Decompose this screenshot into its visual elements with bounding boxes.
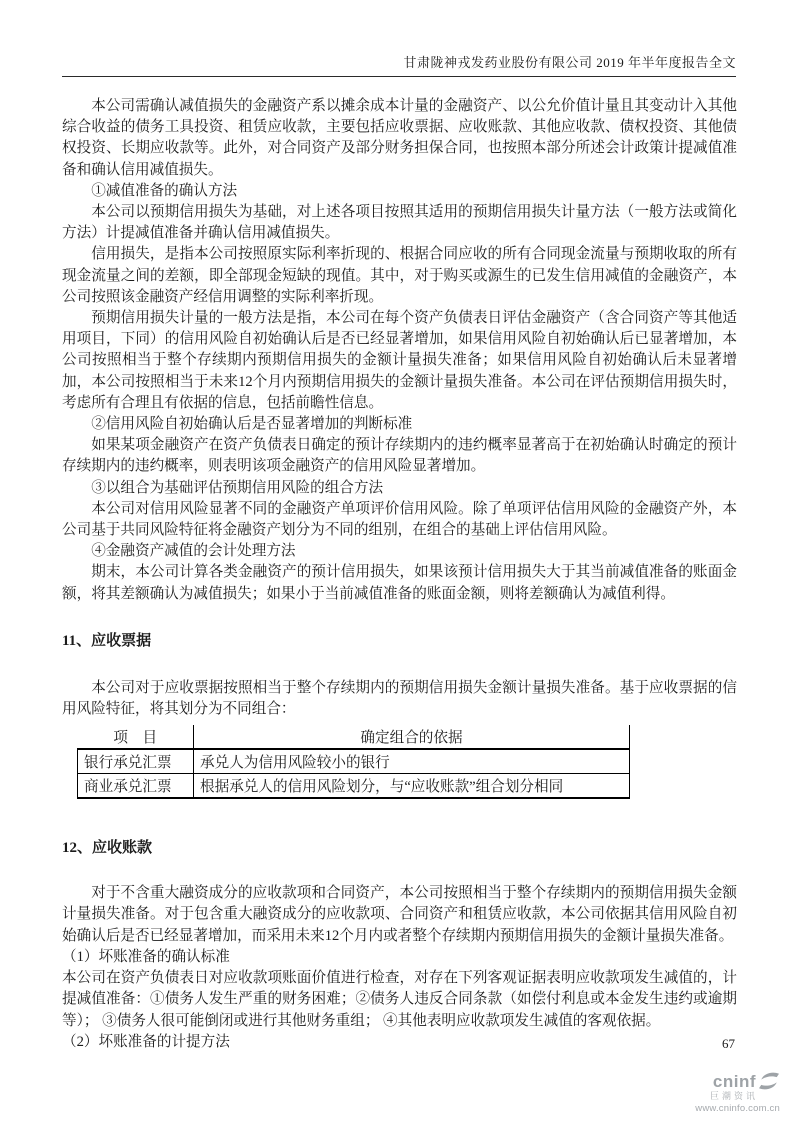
- table-row: 商业承兑汇票 根据承兑人的信用风险划分，与“应收账款”组合划分相同: [78, 774, 630, 799]
- document-body: 本公司需确认减值损失的金融资产系以摊余成本计量的金融资产、以公允价值计量且其变动…: [62, 96, 737, 1053]
- section-heading-notes-receivable: 11、应收票据: [62, 632, 737, 650]
- table-header-item: 项 目: [78, 725, 194, 749]
- subclause-heading: ②信用风险自初始确认后是否显著增加的判断标准: [62, 414, 737, 435]
- section-heading-accounts-receivable: 12、应收账款: [62, 839, 737, 857]
- cninfo-url: www.cninfo.com.cn: [695, 1104, 780, 1114]
- table-cell: 承兑人为信用风险较小的银行: [194, 749, 630, 774]
- table-row: 银行承兑汇票 承兑人为信用风险较小的银行: [78, 749, 630, 774]
- subclause-heading: ③以组合为基础评估预期信用风险的组合方法: [62, 478, 737, 499]
- table-header-row: 项 目 确定组合的依据: [78, 725, 630, 749]
- table-cell: 商业承兑汇票: [78, 774, 194, 799]
- paragraph: 本公司需确认减值损失的金融资产系以摊余成本计量的金融资产、以公允价值计量且其变动…: [62, 96, 737, 181]
- paragraph: 预期信用损失计量的一般方法是指，本公司在每个资产负债表日评估金融资产（含合同资产…: [62, 308, 737, 414]
- paragraph: 信用损失，是指本公司按照原实际利率折现的、根据合同应收的所有合同现金流量与预期收…: [62, 244, 737, 308]
- paragraph: 期末，本公司计算各类金融资产的预计信用损失，如果该预计信用损失大于其当前减值准备…: [62, 562, 737, 604]
- table-header-basis: 确定组合的依据: [194, 725, 630, 749]
- paragraph: 本公司对于应收票据按照相当于整个存续期内的预期信用损失金额计量损失准备。基于应收…: [62, 678, 737, 720]
- cninfo-brand-row: cninf: [695, 1071, 780, 1091]
- cninfo-brand-text: cninf: [713, 1073, 756, 1090]
- page-number: 67: [722, 1036, 735, 1052]
- table-cell: 根据承兑人的信用风险划分，与“应收账款”组合划分相同: [194, 774, 630, 799]
- receivable-portfolio-table: 项 目 确定组合的依据 银行承兑汇票 承兑人为信用风险较小的银行 商业承兑汇票 …: [77, 725, 630, 799]
- cninfo-logo: cninf 巨潮资讯 www.cninfo.com.cn: [695, 1071, 780, 1114]
- paragraph: 对于不含重大融资成分的应收款项和合同资产，本公司按照相当于整个存续期内的预期信用…: [62, 883, 737, 947]
- subclause-heading: ④金融资产减值的会计处理方法: [62, 541, 737, 562]
- paragraph: 本公司以预期信用损失为基础，对上述各项目按照其适用的预期信用损失计量方法（一般方…: [62, 202, 737, 244]
- subclause-heading: （1）坏账准备的确认标准: [62, 947, 737, 968]
- paragraph: 本公司对信用风险显著不同的金融资产单项评价信用风险。除了单项评估信用风险的金融资…: [62, 499, 737, 541]
- paragraph: 本公司在资产负债表日对应收款项账面价值进行检查，对存在下列客观证据表明应收款项发…: [62, 968, 737, 1032]
- paragraph: 如果某项金融资产在资产负债表日确定的预计存续期内的违约概率显著高于在初始确认时确…: [62, 435, 737, 477]
- report-page: 甘肃陇神戎发药业股份有限公司 2019 年半年度报告全文 本公司需确认减值损失的…: [0, 0, 793, 1122]
- table-cell: 银行承兑汇票: [78, 749, 194, 774]
- subclause-heading: （2）坏账准备的计提方法: [62, 1032, 737, 1053]
- subclause-heading: ①减值准备的确认方法: [62, 181, 737, 202]
- report-header-title: 甘肃陇神戎发药业股份有限公司 2019 年半年度报告全文: [62, 0, 736, 77]
- cninfo-caption: 巨潮资讯: [695, 1092, 758, 1101]
- cninfo-swirl-icon: [758, 1071, 780, 1091]
